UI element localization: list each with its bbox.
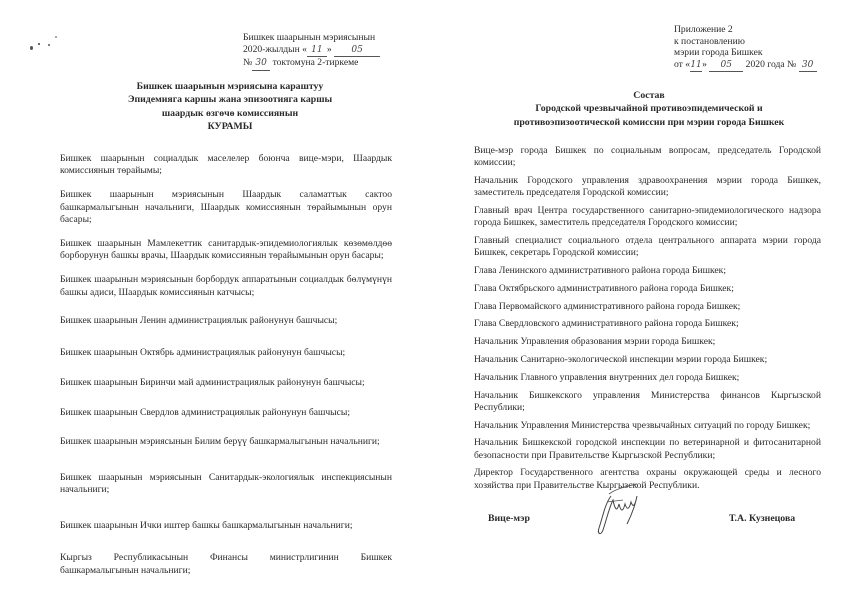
handwritten-number: 30 [252, 58, 270, 71]
member-item: Бишкек шаарынын мэриясынын Билим берүү б… [60, 436, 392, 448]
handwritten-day: 11 [690, 60, 702, 73]
header-line-3: мэрии города Бишкек [674, 47, 817, 59]
member-item: Бишкек шаарынын Биринчи май администраци… [60, 377, 392, 389]
member-item: Бишкек шаарынын мэриясынын борбордук апп… [60, 274, 392, 298]
member-item: Глава Октябрьского административного рай… [474, 283, 821, 295]
scan-specks [28, 40, 68, 54]
member-item: Главный врач Центра государственного сан… [474, 205, 821, 229]
signatory-position: Вице-мэр [488, 513, 530, 524]
member-item: Глава Ленинского административного район… [474, 265, 821, 277]
member-item: Кыргыз Республикасынын Финансы министрли… [60, 552, 392, 576]
member-item: Главный специалист социального отдела це… [474, 235, 821, 259]
member-item: Начальник Управления Министерства чрезвы… [474, 420, 821, 432]
handwritten-month: 05 [709, 60, 743, 73]
document-title: Состав Городской чрезвычайной противоэпи… [474, 89, 824, 129]
member-item: Вице-мэр города Бишкек по социальным воп… [474, 145, 821, 169]
member-item: Начальник Главного управления внутренних… [474, 372, 821, 384]
member-item: Бишкек шаарынын Октябрь администрациялык… [60, 347, 392, 359]
member-item: Начальник Управления образования мэрии г… [474, 336, 821, 348]
member-item: Бишкек шаарынын Ленин администрациялык р… [60, 315, 392, 327]
member-item: Бишкек шаарынын Свердлов администрациялы… [60, 407, 392, 419]
handwritten-month: 05 [334, 45, 380, 58]
member-list: Вице-мэр города Бишкек по социальным воп… [474, 145, 821, 497]
header-line-4: от «11» 05 2020 года № 30 [674, 59, 817, 73]
member-item: Бишкек шаарынын Ички иштер башкы башкарм… [60, 520, 392, 532]
header-line-3: №30 токтомуна 2-тиркеме [243, 57, 380, 71]
handwritten-day: 11 [307, 45, 327, 58]
handwritten-number: 30 [799, 60, 817, 73]
member-item: Глава Первомайского административного ра… [474, 301, 821, 313]
member-list: Бишкек шаарынын социалдык маселелер боюн… [60, 153, 392, 577]
member-item: Начальник Городского управления здравоох… [474, 175, 821, 199]
header-line-1: Приложение 2 [674, 24, 817, 36]
signatory-name: Т.А. Кузнецова [729, 513, 795, 524]
document-title: Бишкек шаарынын мэриясына караштуу Эпиде… [80, 80, 380, 134]
document-page-russian: Приложение 2 к постановлению мэрии город… [434, 0, 867, 600]
header-line-2: к постановлению [674, 36, 817, 48]
member-item: Глава Свердловского административного ра… [474, 318, 821, 330]
member-item: Начальник Бишкекской городской инспекции… [474, 437, 821, 461]
handwritten-signature-icon [589, 482, 649, 540]
member-item: Начальник Санитарно-экологической инспек… [474, 354, 821, 366]
header-line-1: Бишкек шаарынын мэриясынын [243, 32, 380, 44]
annex-header: Бишкек шаарынын мэриясынын 2020-жылдын «… [243, 32, 380, 71]
member-item: Начальник Бишкекского управления Министе… [474, 390, 821, 414]
member-item: Бишкек шаарынын мэриясынын Санитардык-эк… [60, 472, 392, 496]
member-item: Бишкек шаарынын мэриясынын Шаардык салам… [60, 189, 392, 226]
annex-header: Приложение 2 к постановлению мэрии город… [674, 24, 817, 72]
header-line-2: 2020-жылдын «11» 05 [243, 44, 380, 58]
member-item: Бишкек шаарынын социалдык маселелер боюн… [60, 153, 392, 177]
member-item: Бишкек шаарынын Мамлекеттик санитардык-э… [60, 238, 392, 262]
document-page-kyrgyz: Бишкек шаарынын мэриясынын 2020-жылдын «… [0, 0, 433, 600]
